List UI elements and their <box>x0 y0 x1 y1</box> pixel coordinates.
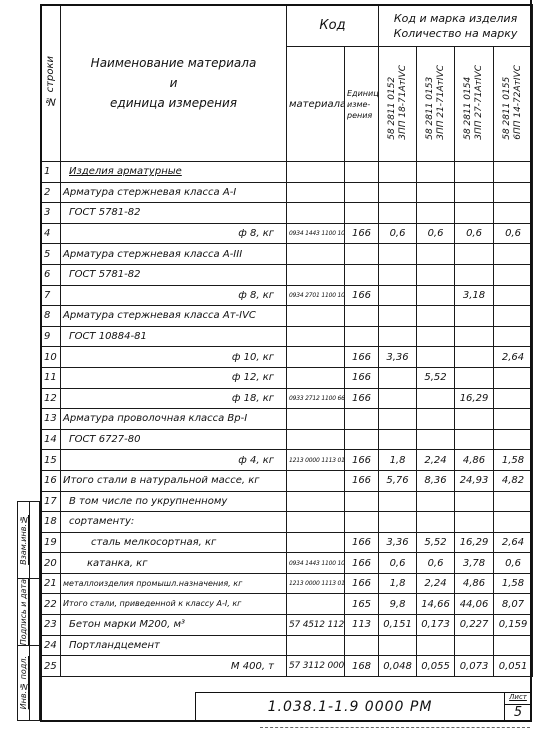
left-approval-stamp: Взам.инв.№ Подпись и дата Инв.№ подл. <box>17 501 40 721</box>
signature-date-cell: Подпись и дата <box>18 579 41 646</box>
bottom-edge-marks <box>260 727 530 731</box>
replaces-inv-cell: Взам.инв.№ <box>18 502 41 579</box>
specification-sheet: № строки Наименование материала и единиц… <box>0 0 538 735</box>
drawing-frame <box>40 4 532 722</box>
inv-original-label: Инв.№ подл. <box>19 656 28 709</box>
replaces-inv-label: Взам.инв.№ <box>19 515 28 565</box>
signature-date-label: Подпись и дата <box>19 579 28 645</box>
inv-original-cell: Инв.№ подл. <box>18 646 41 720</box>
